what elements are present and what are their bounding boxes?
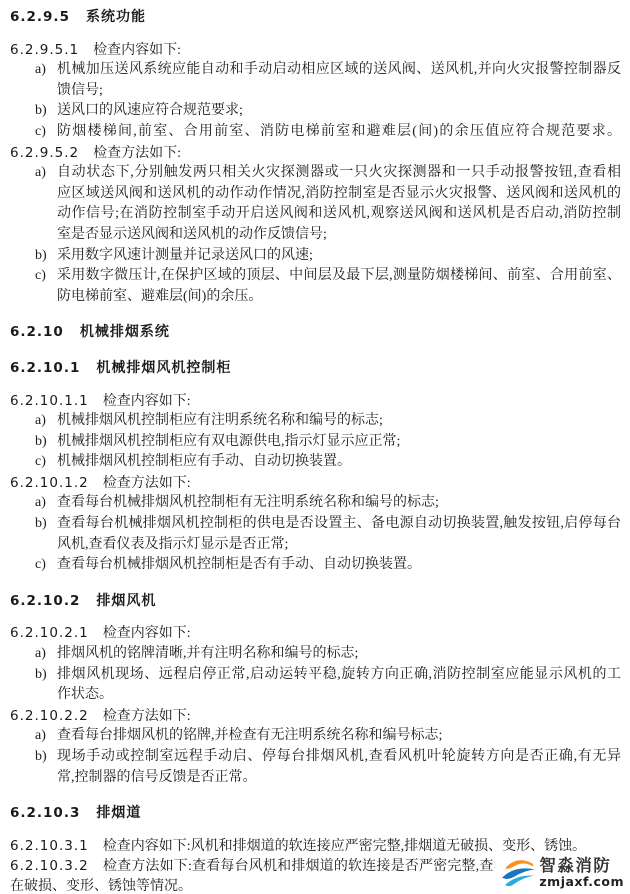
item-text-line: 室是否显示送风阀和送风机的动作反馈信号; xyxy=(57,225,621,246)
item-text-line: 采用数字微压计,在保护区域的顶层、中间层及最下层,测量防烟楼梯间、前室、合用前室… xyxy=(57,266,621,287)
item-text-line: 查看每台排烟风机的铭牌,并检查有无注明系统名称和编号标志; xyxy=(57,726,621,747)
heading-title: 系统功能 xyxy=(86,9,146,25)
clause-number: 6.2.10.2.1 xyxy=(10,625,89,641)
item-text-line: 机械排烟风机控制柜应有手动、自动切换装置。 xyxy=(57,452,621,473)
text-run: 检查内容如下: xyxy=(93,43,181,58)
item-label: c) xyxy=(35,452,46,473)
clause-text-line: 6.2.10.1.2检查方法如下: xyxy=(10,473,621,494)
watermark-domain: zmjaxf.com xyxy=(539,875,624,888)
item-label: b) xyxy=(35,514,47,535)
document-body: 6.2.9.5系统功能6.2.9.5.1检查内容如下:a)机械加压送风系统应能自… xyxy=(10,7,621,894)
clause-text-line: 6.2.9.5.1检查内容如下: xyxy=(10,40,621,61)
text-run: 检查方法如下: xyxy=(103,709,191,724)
heading-title: 排烟道 xyxy=(96,805,141,821)
clause-number: 6.2.10.1.2 xyxy=(10,475,89,491)
item-text-line: 风机,查看仪表及指示灯显示是否正常; xyxy=(57,535,621,556)
list-item: c)查看每台机械排烟风机控制柜是否有手动、自动切换装置。 xyxy=(10,555,621,576)
list-item: a)自动状态下,分别触发两只相关火灾探测器或一只火灾探测器和一只手动报警按钮,查… xyxy=(10,163,621,245)
item-text-line: 动作信号;在消防控制室手动开启送风阀和送风机,观察送风阀和送风机是否启动,消防控… xyxy=(57,204,621,225)
list-item: b)查看每台机械排烟风机控制柜的供电是否设置主、备电源自动切换装置,触发按钮,启… xyxy=(10,514,621,555)
item-text-line: 应区域送风阀和送风机的动作动作情况,消防控制室是否显示火灾报警、送风阀和送风机的 xyxy=(57,184,621,205)
item-label: a) xyxy=(35,60,46,81)
item-text-line: 排烟风机的铭牌清晰,并有注明名称和编号的标志; xyxy=(57,644,621,665)
item-text-line: 常,控制器的信号反馈是否正常。 xyxy=(57,768,621,789)
document-page: 6.2.9.5系统功能6.2.9.5.1检查内容如下:a)机械加压送风系统应能自… xyxy=(0,0,630,894)
item-label: a) xyxy=(35,411,46,432)
clause-number: 6.2.10.3.2 xyxy=(10,858,89,874)
item-label: a) xyxy=(35,163,46,184)
item-text-line: 查看每台机械排烟风机控制柜的供电是否设置主、备电源自动切换装置,触发按钮,启停每… xyxy=(57,514,621,535)
clause-text-line: 6.2.10.1.1检查内容如下: xyxy=(10,391,621,412)
heading-number: 6.2.10.1 xyxy=(10,360,80,376)
item-text-line: 防烟楼梯间,前室、合用前室、消防电梯前室和避难层(间)的余压值应符合规范要求。 xyxy=(57,122,621,143)
heading-number: 6.2.10.3 xyxy=(10,805,80,821)
section-heading: 6.2.10.2排烟风机 xyxy=(10,591,621,612)
clause-block: 6.2.10.2.1检查内容如下: xyxy=(10,623,621,644)
section-heading: 6.2.10.3排烟道 xyxy=(10,803,621,824)
item-text-line: 防电梯前室、避难层(间)的余压。 xyxy=(57,287,621,308)
item-label: c) xyxy=(35,122,46,143)
clause-number: 6.2.10.1.1 xyxy=(10,393,89,409)
watermark-brand-name: 智淼消防 xyxy=(539,857,624,874)
item-label: b) xyxy=(35,432,47,453)
item-text-line: 查看每台机械排烟风机控制柜有无注明系统名称和编号的标志; xyxy=(57,493,621,514)
clause-text-line: 6.2.10.2.2检查方法如下: xyxy=(10,706,621,727)
list-item: a)查看每台排烟风机的铭牌,并检查有无注明系统名称和编号标志; xyxy=(10,726,621,747)
item-text-line: 机械排烟风机控制柜应有双电源供电,指示灯显示应正常; xyxy=(57,432,621,453)
heading-number: 6.2.10.2 xyxy=(10,593,80,609)
list-item: b)机械排烟风机控制柜应有双电源供电,指示灯显示应正常; xyxy=(10,432,621,453)
clause-block: 6.2.9.5.2检查方法如下: xyxy=(10,143,621,164)
list-item: c)机械排烟风机控制柜应有手动、自动切换装置。 xyxy=(10,452,621,473)
list-item: a)查看每台机械排烟风机控制柜有无注明系统名称和编号的标志; xyxy=(10,493,621,514)
item-label: c) xyxy=(35,266,46,287)
list-item: b)排烟风机现场、远程启停正常,启动运转平稳,旋转方向正确,消防控制室应能显示风… xyxy=(10,665,621,706)
heading-number: 6.2.9.5 xyxy=(10,9,70,25)
clause-number: 6.2.9.5.1 xyxy=(10,42,79,58)
section-heading: 6.2.10.1机械排烟风机控制柜 xyxy=(10,358,621,379)
item-text-line: 送风口的风速应符合规范要求; xyxy=(57,101,621,122)
item-text-line: 现场手动或控制室远程手动启、停每台排烟风机,查看风机叶轮旋转方向是否正确,有无异 xyxy=(57,747,621,768)
list-item: a)机械排烟风机控制柜应有注明系统名称和编号的标志; xyxy=(10,411,621,432)
clause-number: 6.2.10.3.1 xyxy=(10,838,89,854)
item-text-line: 机械加压送风系统应能自动和手动启动相应区域的送风阀、送风机,并向火灾报警控制器反 xyxy=(57,60,621,81)
list-item: b)现场手动或控制室远程手动启、停每台排烟风机,查看风机叶轮旋转方向是否正确,有… xyxy=(10,747,621,788)
text-run: 检查方法如下: xyxy=(103,476,191,491)
list-item: b)送风口的风速应符合规范要求; xyxy=(10,101,621,122)
item-label: c) xyxy=(35,555,46,576)
item-label: b) xyxy=(35,101,47,122)
section-heading: 6.2.10机械排烟系统 xyxy=(10,322,621,343)
heading-title: 机械排烟系统 xyxy=(80,324,170,340)
list-item: c)采用数字微压计,在保护区域的顶层、中间层及最下层,测量防烟楼梯间、前室、合用… xyxy=(10,266,621,307)
item-text-line: 查看每台机械排烟风机控制柜是否有手动、自动切换装置。 xyxy=(57,555,621,576)
list-item: a)机械加压送风系统应能自动和手动启动相应区域的送风阀、送风机,并向火灾报警控制… xyxy=(10,60,621,101)
clause-block: 6.2.10.2.2检查方法如下: xyxy=(10,706,621,727)
clause-text-line: 6.2.9.5.2检查方法如下: xyxy=(10,143,621,164)
watermark-text: 智淼消防 zmjaxf.com xyxy=(539,857,624,887)
watermark: 智淼消防 zmjaxf.com xyxy=(495,852,626,893)
item-label: b) xyxy=(35,665,47,686)
clause-block: 6.2.10.1.2检查方法如下: xyxy=(10,473,621,494)
clause-number: 6.2.9.5.2 xyxy=(10,145,79,161)
heading-title: 机械排烟风机控制柜 xyxy=(96,360,231,376)
zhimiao-fire-logo-icon xyxy=(500,854,537,891)
text-run: 检查内容如下: xyxy=(103,394,191,409)
list-item: b)采用数字风速计测量并记录送风口的风速; xyxy=(10,246,621,267)
text-run: 检查方法如下: xyxy=(93,146,181,161)
item-label: a) xyxy=(35,493,46,514)
item-label: a) xyxy=(35,644,46,665)
item-text-line: 自动状态下,分别触发两只相关火灾探测器或一只火灾探测器和一只手动报警按钮,查看相 xyxy=(57,163,621,184)
text-run: 检查内容如下: xyxy=(103,626,191,641)
heading-number: 6.2.10 xyxy=(10,324,64,340)
clause-number: 6.2.10.2.2 xyxy=(10,708,89,724)
item-text-line: 排烟风机现场、远程启停正常,启动运转平稳,旋转方向正确,消防控制室应能显示风机的… xyxy=(57,665,621,686)
clause-text-line: 6.2.10.2.1检查内容如下: xyxy=(10,623,621,644)
section-heading: 6.2.9.5系统功能 xyxy=(10,7,621,28)
item-text-line: 采用数字风速计测量并记录送风口的风速; xyxy=(57,246,621,267)
item-label: b) xyxy=(35,747,47,768)
item-text-line: 机械排烟风机控制柜应有注明系统名称和编号的标志; xyxy=(57,411,621,432)
list-item: a)排烟风机的铭牌清晰,并有注明名称和编号的标志; xyxy=(10,644,621,665)
list-item: c)防烟楼梯间,前室、合用前室、消防电梯前室和避难层(间)的余压值应符合规范要求… xyxy=(10,122,621,143)
heading-title: 排烟风机 xyxy=(96,593,156,609)
item-text-line: 作状态。 xyxy=(57,685,621,706)
clause-block: 6.2.9.5.1检查内容如下: xyxy=(10,40,621,61)
item-label: a) xyxy=(35,726,46,747)
item-label: b) xyxy=(35,246,47,267)
item-text-line: 馈信号; xyxy=(57,81,621,102)
clause-block: 6.2.10.1.1检查内容如下: xyxy=(10,391,621,412)
text-run: 在破损、变形、锈蚀等情况。 xyxy=(10,879,192,894)
